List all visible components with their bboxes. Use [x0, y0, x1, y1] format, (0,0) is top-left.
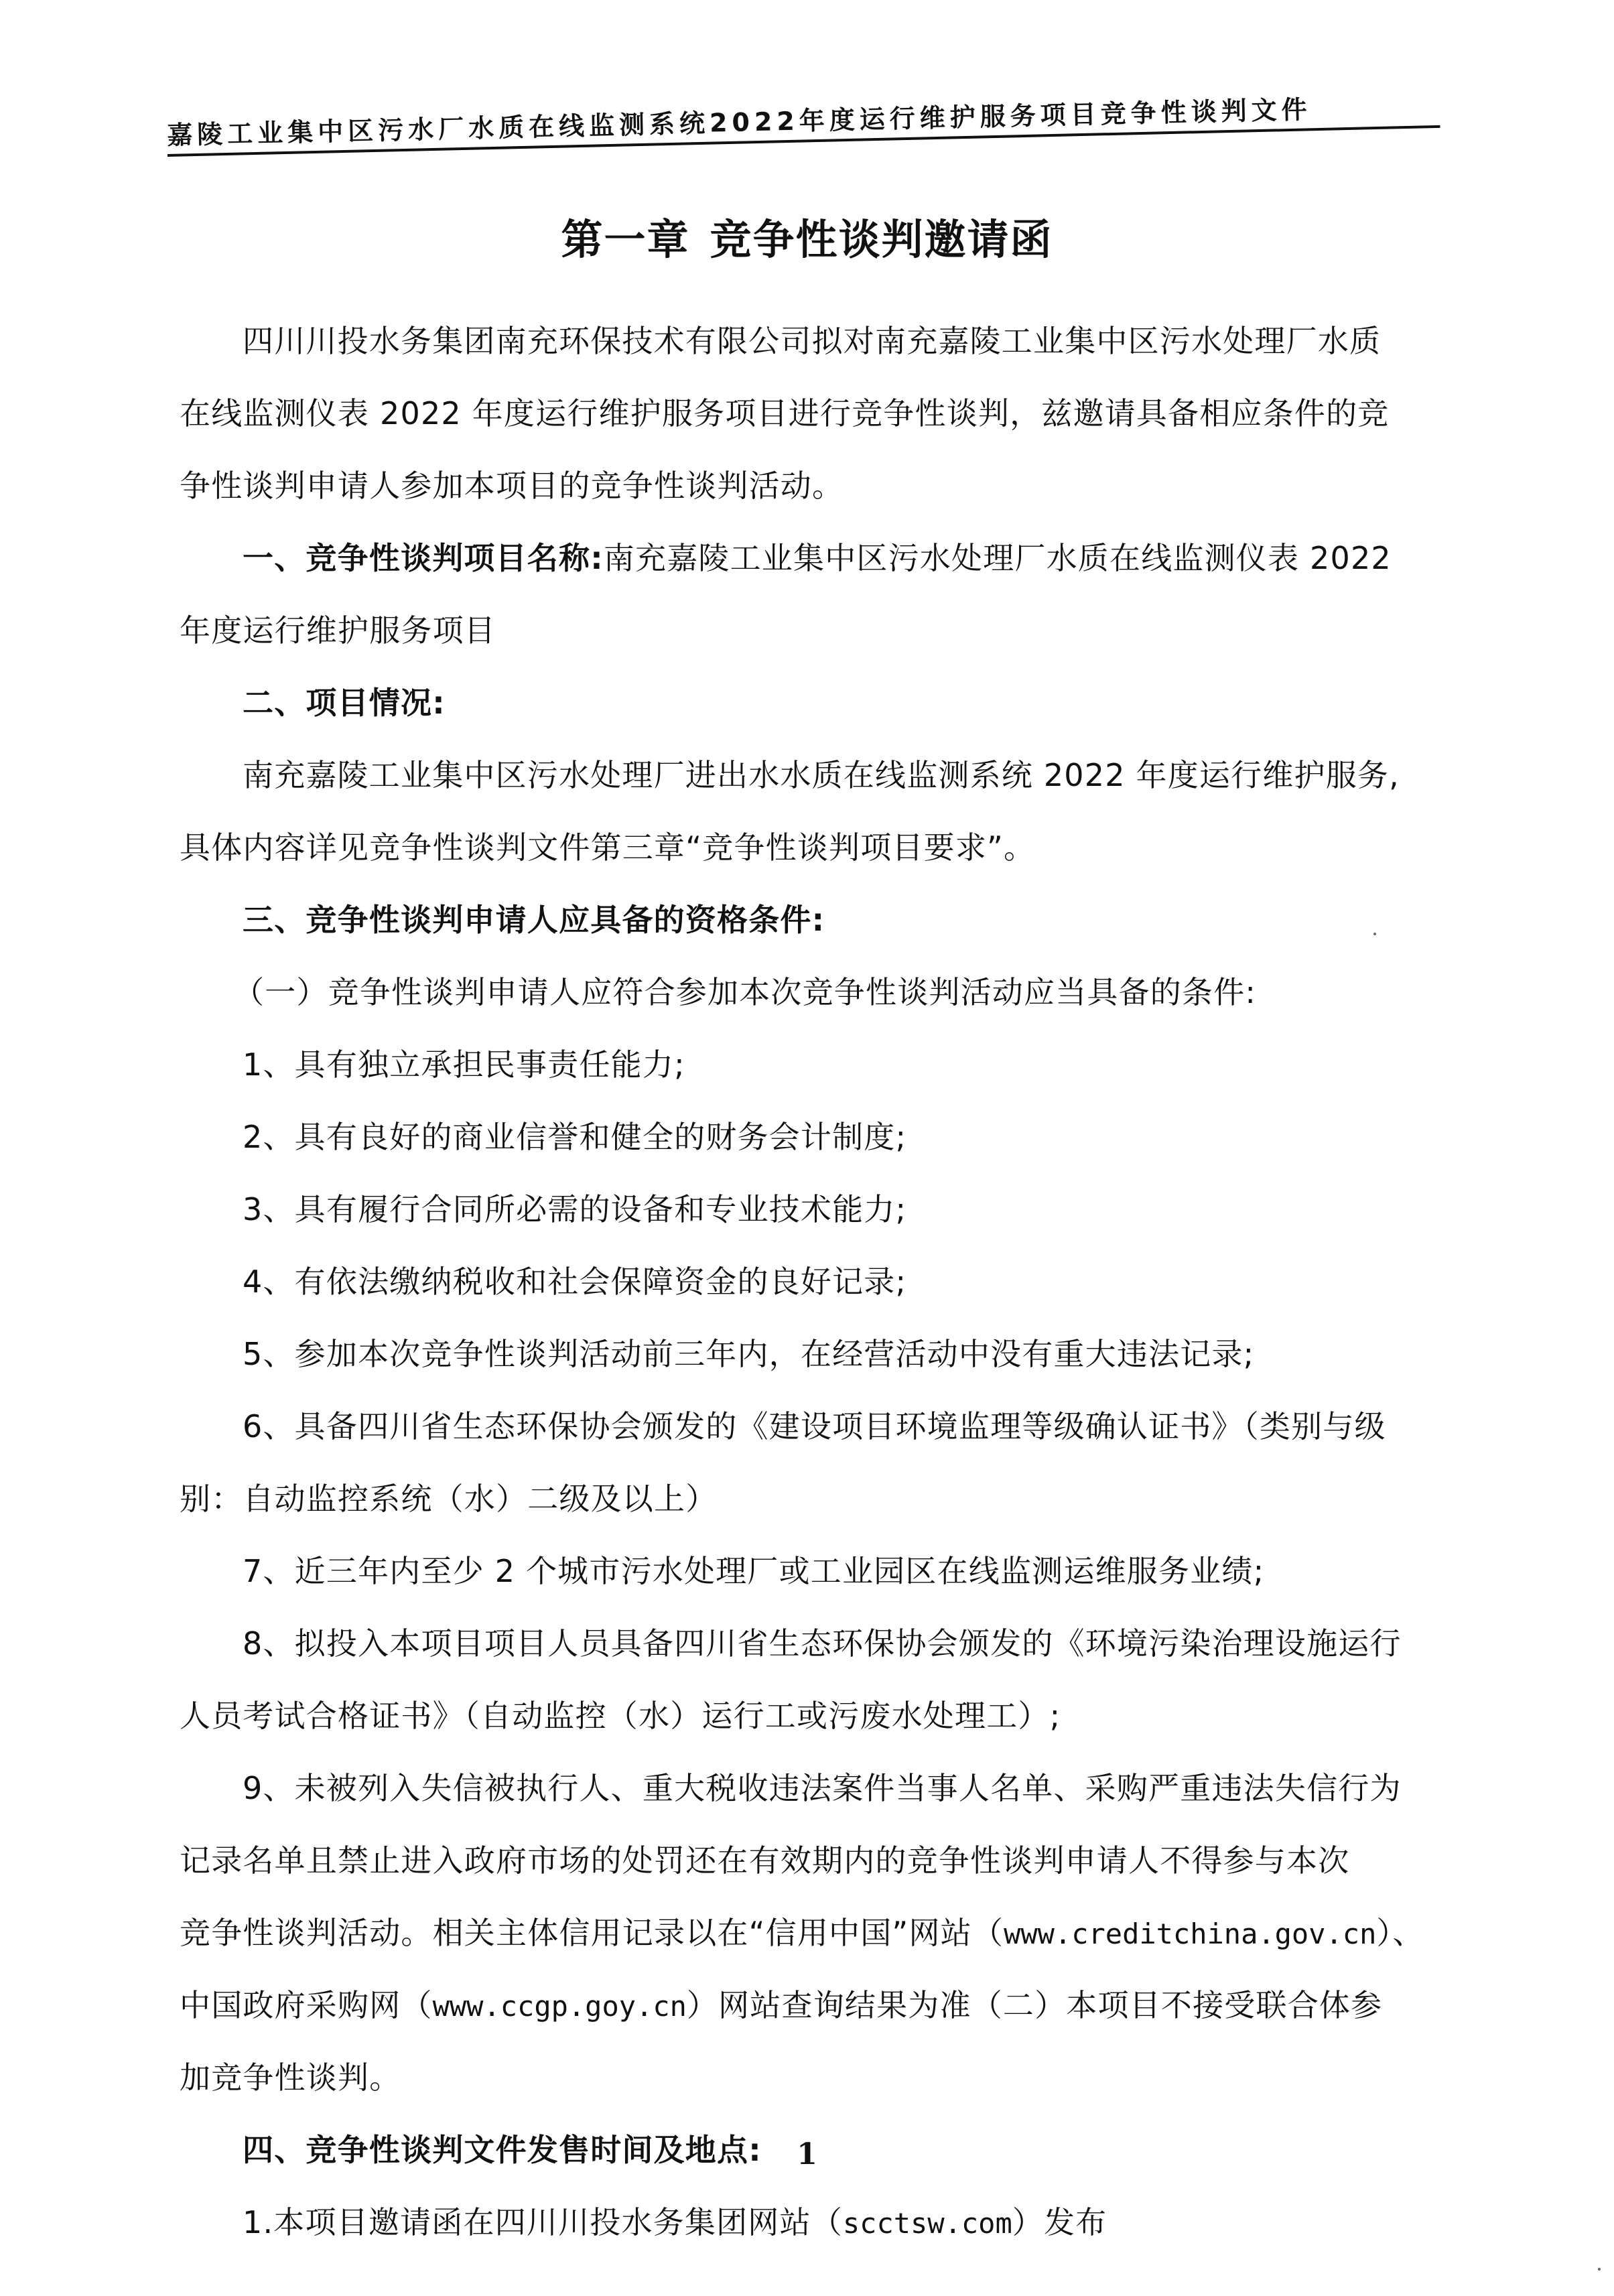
requirement-item: 4、有依法缴纳税收和社会保障资金的良好记录; — [180, 1245, 1439, 1318]
publish-text: 1.本项目邀请函在四川川投水务集团网站（ — [243, 2204, 843, 2240]
scan-speck — [1373, 933, 1376, 935]
section-4-item-1: 1.本项目邀请函在四川川投水务集团网站（scctsw.com）发布 — [180, 2186, 1439, 2258]
requirement-item-9-cont: 记录名单且禁止进入政府市场的处罚还在有效期内的竞争性谈判申请人不得参与本次 — [180, 1824, 1439, 1897]
chapter-number: 第一章 — [561, 215, 689, 264]
section-3-heading: 三、竞争性谈判申请人应具备的资格条件: — [180, 884, 1439, 956]
project-name-cont: 年度运行维护服务项目 — [180, 594, 1439, 667]
subsection-1: （一）竞争性谈判申请人应符合参加本次竞争性谈判活动应当具备的条件: — [180, 956, 1439, 1028]
intro-line: 在线监测仪表 2022 年度运行维护服务项目进行竞争性谈判，兹邀请具备相应条件的… — [180, 377, 1439, 450]
requirement-item-9-cont: 中国政府采购网（www.ccgp.goy.cn）网站查询结果为准（二）本项目不接… — [180, 1969, 1439, 2041]
section-2-line: 具体内容详见竞争性谈判文件第三章“竞争性谈判项目要求”。 — [180, 811, 1439, 884]
requirement-item-9: 9、未被列入失信被执行人、重大税收违法案件当事人名单、采购严重违法失信行为 — [180, 1752, 1439, 1824]
requirement-item-9-cont: 加竞争性谈判。 — [180, 2041, 1439, 2114]
requirement-item: 3、具有履行合同所必需的设备和专业技术能力; — [180, 1173, 1439, 1245]
requirement-item-6: 6、具备四川省生态环保协会颁发的《建设项目环境监理等级确认证书》（类别与级 — [180, 1390, 1439, 1463]
section-1-heading: 一、竞争性谈判项目名称: — [243, 540, 604, 576]
scan-speck — [1598, 2268, 1601, 2271]
page-number: 1 — [0, 2137, 1614, 2171]
project-name: 南充嘉陵工业集中区污水处理厂水质在线监测仪表 2022 — [604, 540, 1392, 576]
running-header: 嘉陵工业集中区污水厂水质在线监测系统2022年度运行维护服务项目竞争性谈判文件 — [167, 90, 1440, 157]
credit-text: 竞争性谈判活动。相关主体信用记录以在“信用中国”网站（ — [180, 1915, 1004, 1951]
requirement-item-8-cont: 人员考试合格证书》（自动监控（水）运行工或污废水处理工）; — [180, 1680, 1439, 1752]
ccgp-text-end: ）网站查询结果为准（二）本项目不接受联合体参 — [687, 1987, 1382, 2023]
creditchina-link[interactable]: www.creditchina.gov.cn — [1004, 1917, 1376, 1950]
chapter-title: 第一章竞争性谈判邀请函 — [0, 213, 1614, 267]
requirement-item-7: 7、近三年内至少 2 个城市污水处理厂或工业园区在线监测运维服务业绩; — [180, 1535, 1439, 1607]
requirement-item: 2、具有良好的商业信誉和健全的财务会计制度; — [180, 1101, 1439, 1173]
requirement-item: 5、参加本次竞争性谈判活动前三年内，在经营活动中没有重大违法记录; — [180, 1318, 1439, 1390]
intro-line: 四川川投水务集团南充环保技术有限公司拟对南充嘉陵工业集中区污水处理厂水质 — [180, 305, 1439, 377]
requirement-item-9-cont: 竞争性谈判活动。相关主体信用记录以在“信用中国”网站（www.creditchi… — [180, 1897, 1439, 1969]
publish-text-end: ）发布 — [1012, 2204, 1107, 2240]
section-2-line: 南充嘉陵工业集中区污水处理厂进出水水质在线监测系统 2022 年度运行维护服务, — [180, 739, 1439, 811]
ccgp-link[interactable]: www.ccgp.goy.cn — [433, 1990, 687, 2023]
document-body: 四川川投水务集团南充环保技术有限公司拟对南充嘉陵工业集中区污水处理厂水质 在线监… — [180, 305, 1439, 2258]
chapter-heading: 竞争性谈判邀请函 — [710, 215, 1053, 264]
ccgp-text: 中国政府采购网（ — [180, 1987, 433, 2023]
requirement-item-6-cont: 别：自动监控系统（水）二级及以上） — [180, 1463, 1439, 1535]
section-2-heading: 二、项目情况: — [180, 667, 1439, 739]
credit-text-end: ）、 — [1376, 1915, 1424, 1951]
scctsw-link[interactable]: scctsw.com — [843, 2207, 1012, 2240]
requirement-item-8: 8、拟投入本项目项目人员具备四川省生态环保协会颁发的《环境污染治理设施运行 — [180, 1607, 1439, 1680]
section-1: 一、竞争性谈判项目名称:南充嘉陵工业集中区污水处理厂水质在线监测仪表 2022 — [180, 522, 1439, 594]
requirement-item: 1、具有独立承担民事责任能力; — [180, 1028, 1439, 1101]
intro-line: 争性谈判申请人参加本项目的竞争性谈判活动。 — [180, 450, 1439, 522]
